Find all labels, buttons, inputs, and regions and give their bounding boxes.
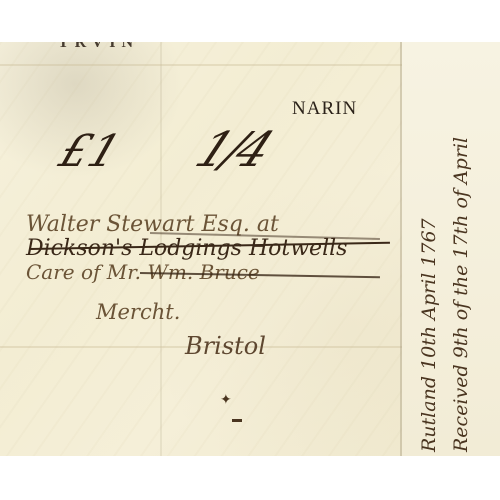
ink-specks: ✦ [220,392,232,409]
postmark-town: NARIN [292,98,357,120]
postmark-top: TRVIN [58,42,139,52]
docket-line-1: Rutland 10th April 1767 [418,218,440,452]
docket-line-2: Received 9th of the 17th of April [450,137,472,452]
address-line-5: Bristol [185,332,266,360]
letter-sheet: TRVIN NARIN £1 1/4 Walter Stewart Esq. a… [0,42,500,456]
fold-line-vertical [400,42,402,456]
address-line-4: Mercht. [96,300,180,324]
postage-rate-1: £1 [53,126,128,177]
ink-specks: ▬ [232,414,242,425]
postage-rate-2: 1/4 [187,122,278,178]
fold-line-horizontal [0,64,402,66]
